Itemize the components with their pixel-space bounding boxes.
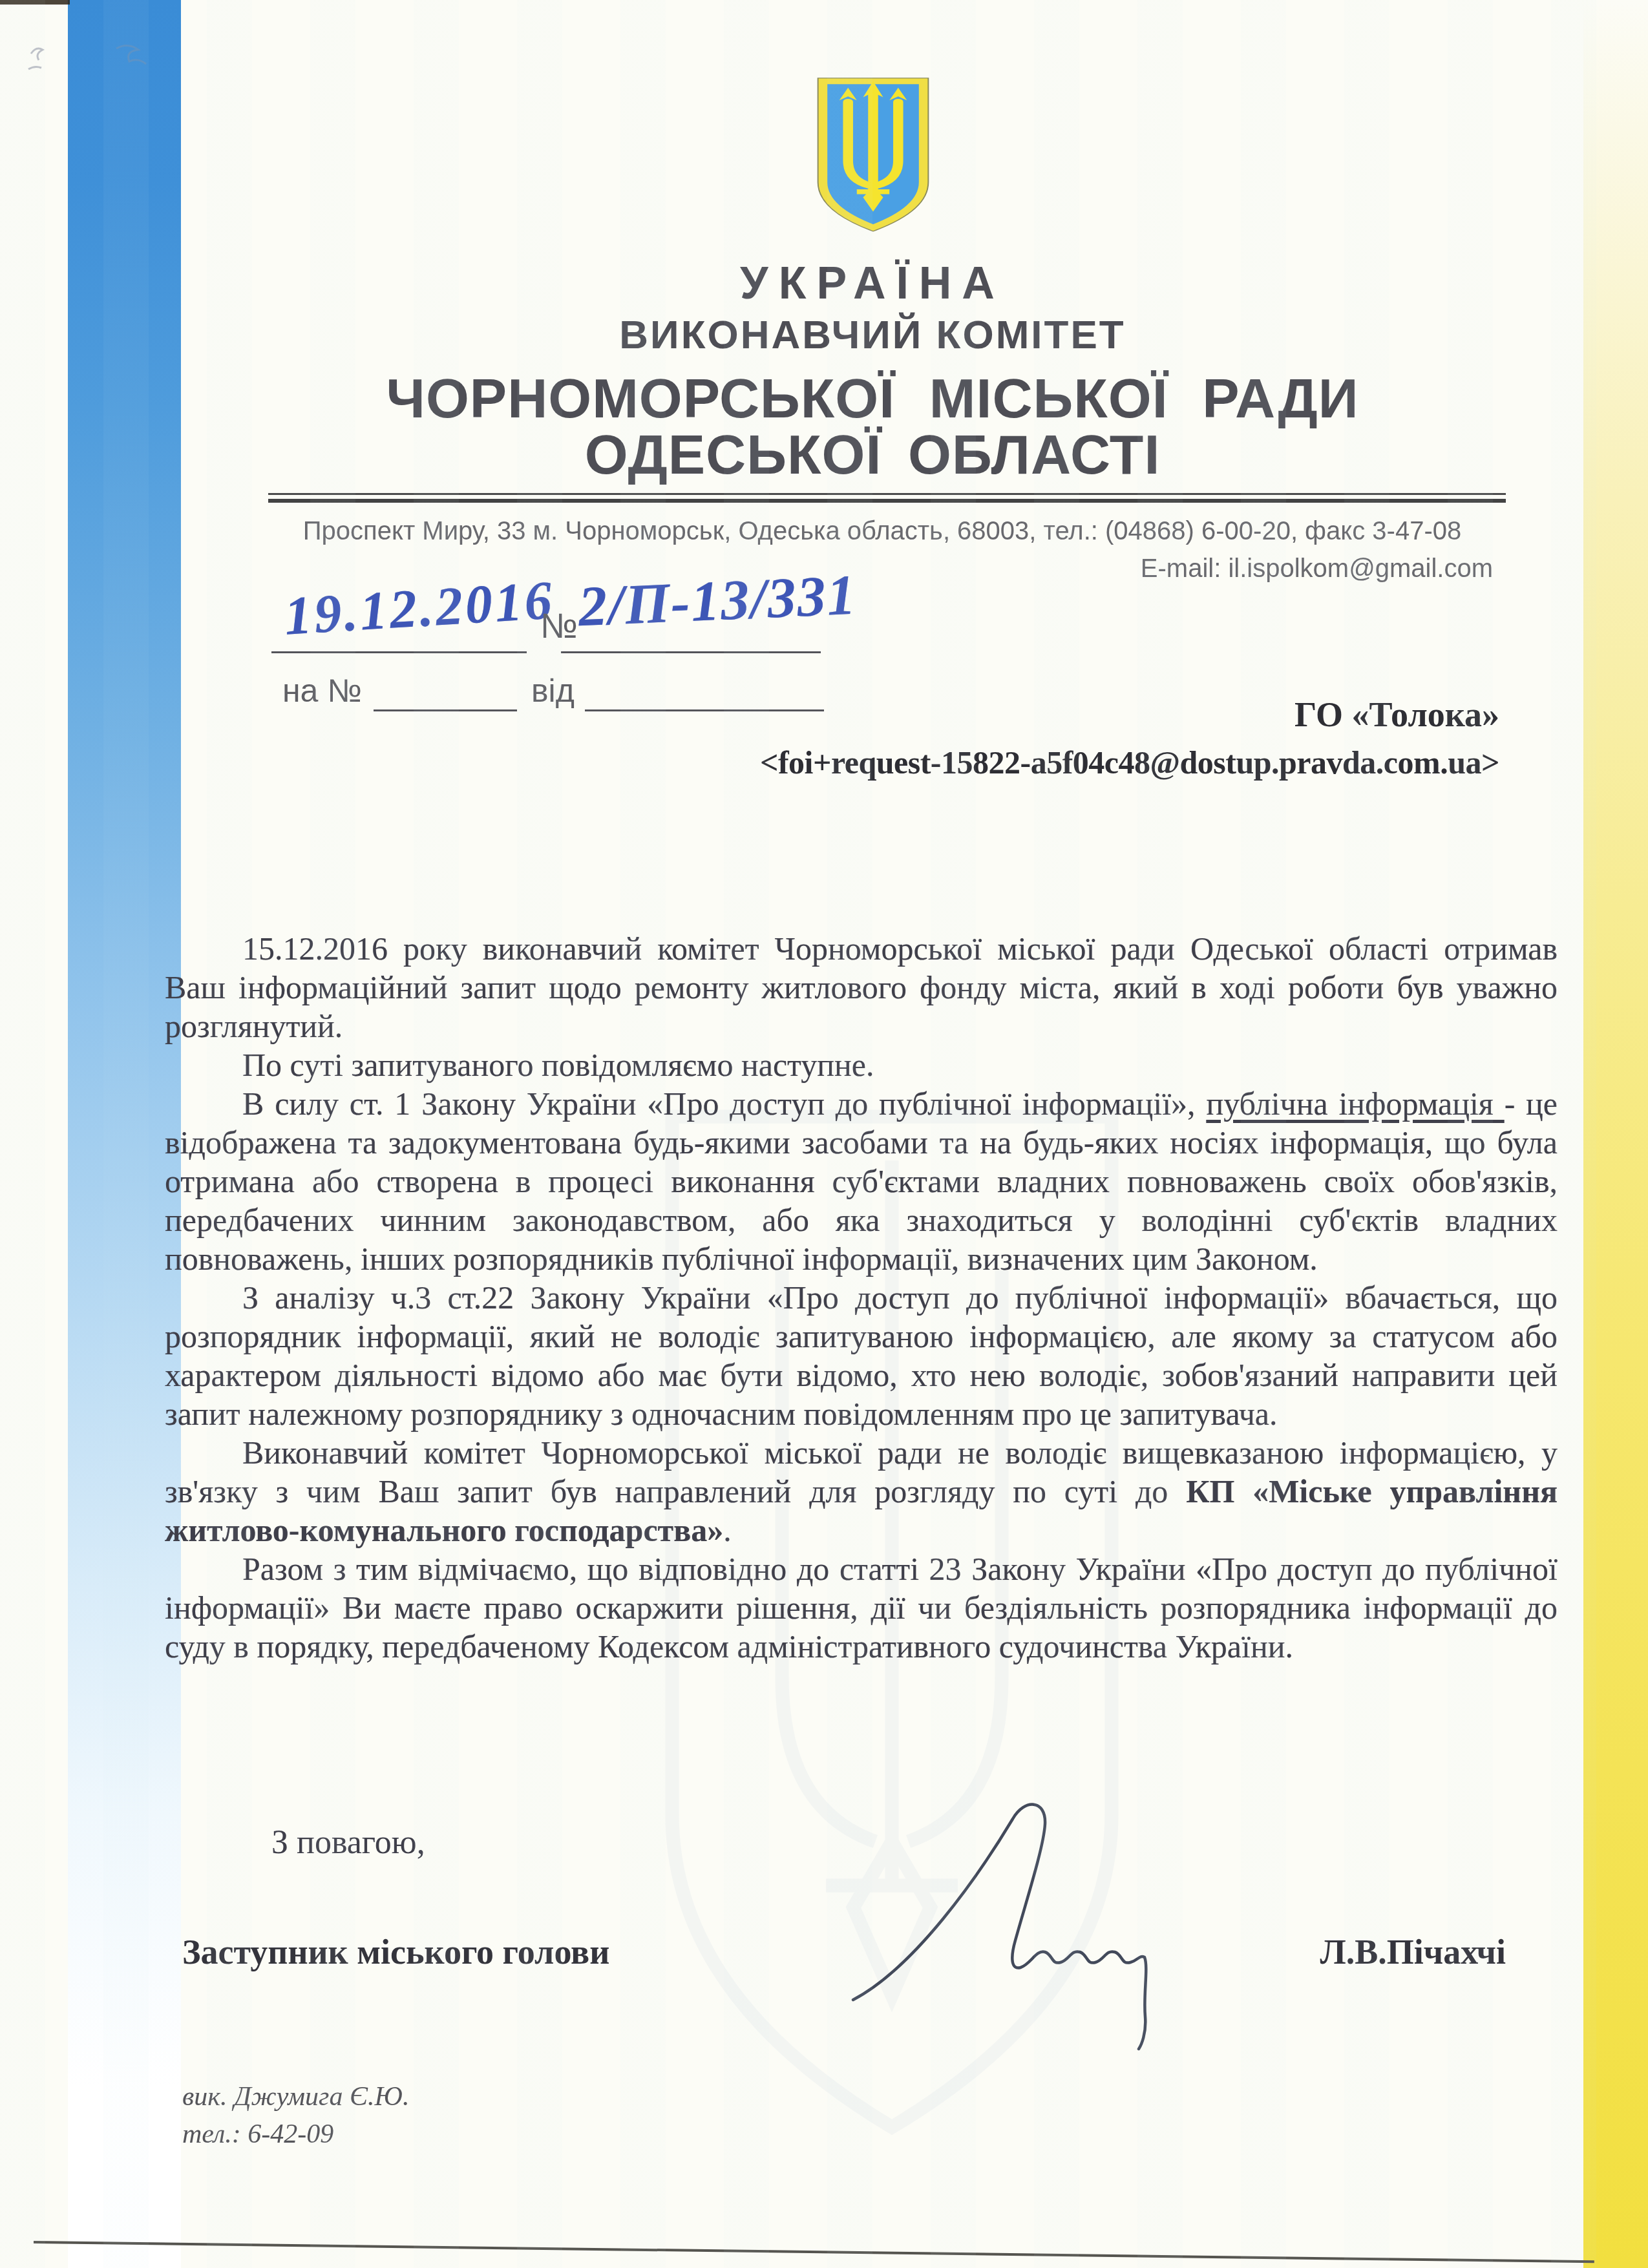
scanned-letter-page: УКРАЇНА ВИКОНАВЧИЙ КОМІТЕТ ЧОРНОМОРСЬКОЇ… [0,0,1648,2268]
paragraph-4: З аналізу ч.3 ст.22 Закону України «Про … [165,1278,1558,1433]
letter-body: 15.12.2016 року виконавчий комітет Чорно… [165,929,1558,1666]
right-yellow-stripe [1583,0,1648,2268]
letterhead-rule-thin [268,493,1506,495]
handwritten-number: 2/П-13/331 [577,563,858,640]
paragraph-5-rest: . [723,1512,732,1548]
paragraph-6: Разом з тим відмічаємо, що відповідно до… [165,1549,1558,1666]
letterhead-region: ОДЕСЬКОЇ ОБЛАСТІ [271,423,1474,487]
left-blue-stripe [68,0,181,2268]
ukraine-coat-of-arms-icon [810,75,936,234]
signer-name: Л.В.Пічахчі [840,1932,1506,1972]
executor-name: вик. Джумига Є.Ю. [182,2078,409,2116]
pencil-scribble [19,36,187,87]
recipient-org: ГО «Толока» [582,695,1499,735]
scan-top-edge-artifact [0,0,70,5]
scan-bottom-edge-artifact [34,2241,1594,2263]
reply-no-underline [374,709,517,711]
letterhead-committee: ВИКОНАВЧИЙ КОМІТЕТ [271,312,1474,358]
paragraph-3: В силу ст. 1 Закону України «Про доступ … [165,1084,1558,1278]
paragraph-3-lead: В силу ст. 1 Закону України «Про доступ … [242,1086,1206,1122]
reply-no-label: на № [282,672,362,709]
date-underline [271,651,527,653]
recipient-block: ГО «Толока» <foi+request-15822-a5f04c48@… [582,695,1499,781]
letterhead-council: ЧОРНОМОРСЬКОЇ МІСЬКОЇ РАДИ [271,367,1474,431]
paragraph-5: Виконавчий комітет Чорноморської міської… [165,1433,1558,1549]
paragraph-3-underlined-term: публічна інформація [1206,1086,1504,1122]
recipient-email: <foi+request-15822-a5f04c48@dostup.pravd… [582,744,1499,781]
number-underline [561,651,821,653]
letterhead-address: Проспект Миру, 33 м. Чорноморськ, Одеськ… [271,517,1493,546]
executor-phone: тел.: 6-42-09 [182,2116,409,2153]
letterhead-rule-thick [268,499,1506,503]
reply-from-label: від [531,672,575,709]
letterhead-country: УКРАЇНА [271,257,1474,309]
executor-block: вик. Джумига Є.Ю. тел.: 6-42-09 [182,2078,409,2153]
paragraph-1: 15.12.2016 року виконавчий комітет Чорно… [165,929,1558,1045]
paragraph-2: По суті запитуваного повідомляємо наступ… [165,1045,1558,1084]
closing-salutation: З повагою, [271,1823,425,1862]
number-label: № [540,606,578,646]
signature-ink [818,1780,1276,2058]
signer-position: Заступник міського голови [182,1932,609,1972]
